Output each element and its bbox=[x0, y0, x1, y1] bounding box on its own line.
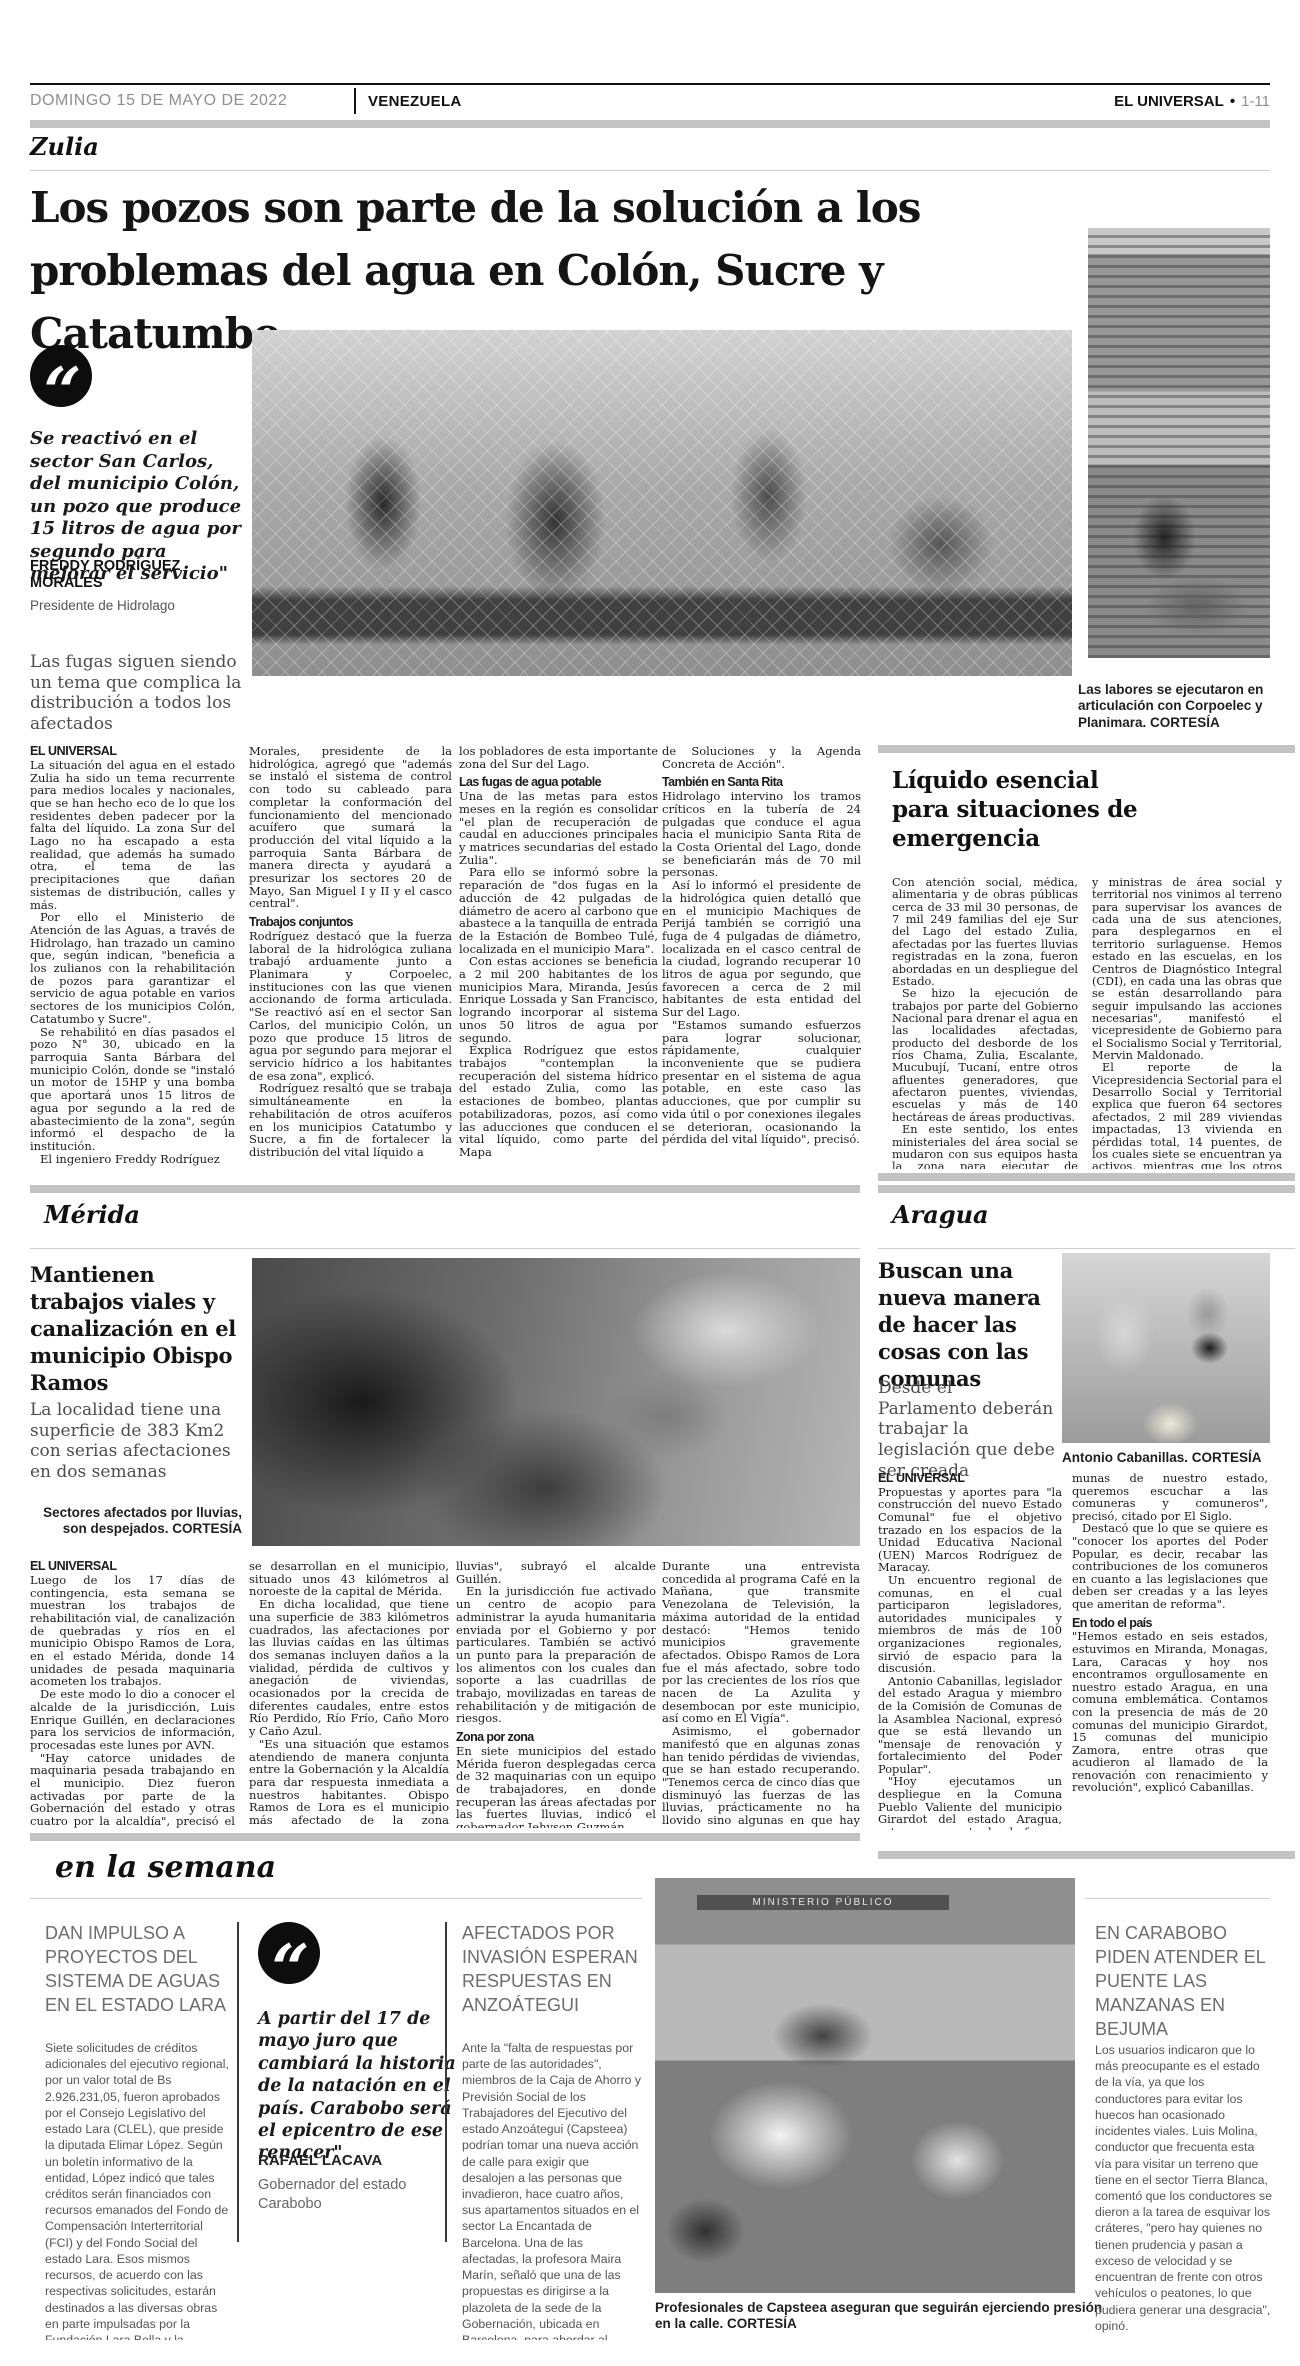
paragraph: "Es una situación que estamos atendiendo… bbox=[249, 1738, 449, 1828]
pullquote-author: FREDDY RODRÍGUEZ MORALES bbox=[30, 558, 235, 593]
anzoategui-body: Ante la "falta de respuestas por parte d… bbox=[462, 2040, 642, 2340]
paragraph: se desarrollan en el municipio, situado … bbox=[249, 1560, 449, 1598]
paragraph: y ministras de área social y territorial… bbox=[1092, 877, 1282, 1062]
paragraph: lluvias", subrayó el alcalde Guillén. bbox=[456, 1560, 656, 1585]
page-number: 1-11 bbox=[1241, 93, 1270, 110]
merida-band bbox=[30, 1185, 860, 1193]
lacava-quote-author: RAFAEL LACAVA bbox=[258, 2152, 458, 2169]
paragraph: En dicha localidad, que tiene una superf… bbox=[249, 1598, 449, 1738]
paragraph: Asimismo, el gobernador manifestó que en… bbox=[662, 1725, 860, 1828]
aragua-photo bbox=[1062, 1253, 1270, 1443]
aragua-column-1: EL UNIVERSAL Propuestas y aportes para "… bbox=[878, 1472, 1062, 1830]
bullet-icon: • bbox=[1230, 93, 1235, 110]
paragraph: Rodríguez destacó que la fuerza laboral … bbox=[249, 930, 452, 1082]
main-photo bbox=[252, 330, 1072, 676]
article-deck: Las fugas siguen siendo un tema que comp… bbox=[30, 652, 248, 735]
paragraph: Luego de los 17 días de contingencia, es… bbox=[30, 1574, 235, 1688]
aragua-headline: Buscan una nueva manera de hacer las cos… bbox=[878, 1258, 1068, 1392]
subhead: Las fugas de agua potable bbox=[459, 776, 658, 790]
paragraph: Así lo informó el presidente de la hidro… bbox=[662, 879, 861, 1019]
paragraph: de Soluciones y la Agenda Concreta de Ac… bbox=[662, 745, 861, 770]
paragraph: Con atención social, médica, alimentaria… bbox=[892, 877, 1078, 988]
paragraph: Durante una entrevista concedida al prog… bbox=[662, 1560, 860, 1725]
carabobo-title: EN CARABOBO PIDEN ATENDER EL PUENTE LAS … bbox=[1095, 1922, 1280, 2042]
paragraph: Para ello se informó sobre la reparación… bbox=[459, 866, 658, 955]
box-column-2: y ministras de área social y territorial… bbox=[1092, 877, 1282, 1169]
merida-rule bbox=[30, 1248, 860, 1249]
paragraph: El reporte de la Vicepresidencia Sectori… bbox=[1092, 1062, 1282, 1169]
zulia-column-2: Morales, presidente de la hidrológica, a… bbox=[249, 745, 452, 1177]
lara-title: DAN IMPULSO A PROYECTOS DEL SISTEMA DE A… bbox=[45, 1922, 240, 2018]
paragraph: "Hoy ejecutamos un despliegue en la Comu… bbox=[878, 1775, 1062, 1830]
paragraph: La situación del agua en el estado Zulia… bbox=[30, 759, 235, 911]
paragraph: los pobladores de esta importante zona d… bbox=[459, 745, 658, 770]
merida-deck: La localidad tiene una superficie de 383… bbox=[30, 1400, 246, 1483]
protest-photo: MINISTERIO PÚBLICO bbox=[655, 1878, 1075, 2293]
merida-headline: Mantienen trabajos viales y canalización… bbox=[30, 1262, 246, 1396]
aragua-column-2: munas de nuestro estado, queremos escuch… bbox=[1072, 1472, 1268, 1830]
building-sign: MINISTERIO PÚBLICO bbox=[697, 1895, 949, 1910]
paragraph: En la jurisdicción fue activado un centr… bbox=[456, 1585, 656, 1725]
merida-photo-caption: Sectores afectados por lluvias, son desp… bbox=[30, 1505, 242, 1538]
subhead: En todo el país bbox=[1072, 1617, 1268, 1631]
paragraph: Destacó que lo que se quiere es "conocer… bbox=[1072, 1522, 1268, 1610]
quote-icon: “ bbox=[30, 345, 92, 407]
paragraph: Antonio Cabanillas, legislador del estad… bbox=[878, 1675, 1062, 1776]
box-column-1: Con atención social, médica, alimentaria… bbox=[892, 877, 1078, 1169]
sidebar-box-article: Líquido esencial para situaciones de eme… bbox=[878, 745, 1295, 1181]
box-bottom-band bbox=[878, 1173, 1295, 1181]
masthead-divider bbox=[354, 88, 356, 114]
paragraph: Explica Rodríguez que estos trabajos "co… bbox=[459, 1044, 658, 1158]
zulia-column-4: de Soluciones y la Agenda Concreta de Ac… bbox=[662, 745, 861, 1177]
paragraph: Se rehabilitó en días pasados el pozo N°… bbox=[30, 1026, 235, 1153]
merida-column-3: lluvias", subrayó el alcalde Guillén. En… bbox=[456, 1560, 656, 1828]
protest-photo-caption: Profesionales de Capsteea aseguran que s… bbox=[655, 2300, 1115, 2333]
paper-name: EL UNIVERSAL bbox=[1114, 93, 1224, 110]
paragraph: "Hay catorce unidades de maquinaria pesa… bbox=[30, 1752, 235, 1828]
region-label-aragua: Aragua bbox=[892, 1200, 989, 1229]
anzoategui-title: AFECTADOS POR INVASIÓN ESPERAN RESPUESTA… bbox=[462, 1922, 652, 2018]
lacava-quote-text: A partir del 17 de mayo juro que cambiar… bbox=[258, 2008, 466, 2165]
merida-column-2: se desarrollan en el municipio, situado … bbox=[249, 1560, 449, 1828]
paragraph: Rodríguez resaltó que se trabaja simultá… bbox=[249, 1082, 452, 1158]
semana-rule-right bbox=[1085, 1898, 1270, 1899]
box-title: Líquido esencial para situaciones de eme… bbox=[892, 767, 1142, 853]
paragraph: Hidrolago intervino los tramos críticos … bbox=[662, 790, 861, 879]
paragraph: "Hemos estado en seis estados, estuvimos… bbox=[1072, 1630, 1268, 1794]
paragraph: Propuestas y aportes para "la construcci… bbox=[878, 1486, 1062, 1574]
masthead-brand: EL UNIVERSAL • 1-11 bbox=[1114, 93, 1270, 110]
lara-body: Siete solicitudes de créditos adicionale… bbox=[45, 2040, 231, 2340]
byline: EL UNIVERSAL bbox=[30, 745, 235, 759]
semana-divider-2 bbox=[445, 1922, 447, 2242]
aragua-bottom-band bbox=[878, 1851, 1295, 1859]
pullquote-role: Presidente de Hidrolago bbox=[30, 598, 235, 613]
zulia-column-3: los pobladores de esta importante zona d… bbox=[459, 745, 658, 1177]
paragraph: "Estamos sumando esfuerzos para lograr s… bbox=[662, 1019, 861, 1146]
top-rule bbox=[30, 83, 1270, 85]
lacava-quote-role: Gobernador del estado Carabobo bbox=[258, 2176, 438, 2214]
paragraph: En siete municipios del estado Mérida fu… bbox=[456, 1745, 656, 1828]
paragraph: munas de nuestro estado, queremos escuch… bbox=[1072, 1472, 1268, 1522]
semana-divider-1 bbox=[237, 1922, 239, 2242]
truck-photo-caption: Las labores se ejecutaron en articulació… bbox=[1078, 682, 1274, 731]
pipeline-truck-photo bbox=[1088, 228, 1270, 658]
carabobo-body: Los usuarios indicaron que lo más preocu… bbox=[1095, 2042, 1273, 2360]
region-label-zulia: Zulia bbox=[30, 132, 99, 161]
region-label-merida: Mérida bbox=[44, 1200, 140, 1229]
box-top-band bbox=[878, 745, 1295, 753]
masthead-band bbox=[30, 120, 1270, 128]
subhead: También en Santa Rita bbox=[662, 776, 861, 790]
paragraph: De este modo lo dio a conocer el alcalde… bbox=[30, 1688, 235, 1752]
aragua-photo-caption: Antonio Cabanillas. CORTESÍA bbox=[1062, 1450, 1272, 1466]
paragraph: En este sentido, los entes ministeriales… bbox=[892, 1124, 1078, 1169]
subhead: Zona por zona bbox=[456, 1731, 656, 1745]
paragraph: Morales, presidente de la hidrológica, a… bbox=[249, 745, 452, 910]
newspaper-page: DOMINGO 15 DE MAYO DE 2022 VENEZUELA EL … bbox=[0, 0, 1300, 2366]
merida-column-1: EL UNIVERSAL Luego de los 17 días de con… bbox=[30, 1560, 235, 1828]
paragraph: Con estas acciones se beneficia a 2 mil … bbox=[459, 955, 658, 1044]
semana-rule-left bbox=[30, 1898, 642, 1899]
zulia-column-1: EL UNIVERSAL La situación del agua en el… bbox=[30, 745, 235, 1177]
paragraph: El ingeniero Freddy Rodríguez bbox=[30, 1153, 235, 1166]
merida-bottom-band bbox=[30, 1833, 860, 1841]
paragraph: Una de las metas para estos meses en la … bbox=[459, 790, 658, 866]
paragraph: Por ello el Ministerio de Atención de la… bbox=[30, 911, 235, 1025]
semana-label: en la semana bbox=[55, 1850, 276, 1885]
merida-column-4: Durante una entrevista concedida al prog… bbox=[662, 1560, 860, 1828]
aragua-deck: Desde el Parlamento deberán trabajar la … bbox=[878, 1378, 1056, 1482]
byline: EL UNIVERSAL bbox=[30, 1560, 235, 1574]
zulia-rule bbox=[30, 170, 1270, 171]
aragua-rule bbox=[878, 1248, 1295, 1249]
aragua-band bbox=[878, 1185, 1295, 1193]
paragraph: Se hizo la ejecución de trabajos por par… bbox=[892, 988, 1078, 1124]
subhead: Trabajos conjuntos bbox=[249, 916, 452, 930]
quote-icon: “ bbox=[258, 1922, 320, 1984]
masthead-section: VENEZUELA bbox=[368, 93, 462, 110]
paragraph: Un encuentro regional de comunas, en el … bbox=[878, 1574, 1062, 1675]
byline: EL UNIVERSAL bbox=[878, 1472, 1062, 1486]
masthead-date: DOMINGO 15 DE MAYO DE 2022 bbox=[30, 92, 287, 110]
merida-photo bbox=[252, 1258, 860, 1546]
